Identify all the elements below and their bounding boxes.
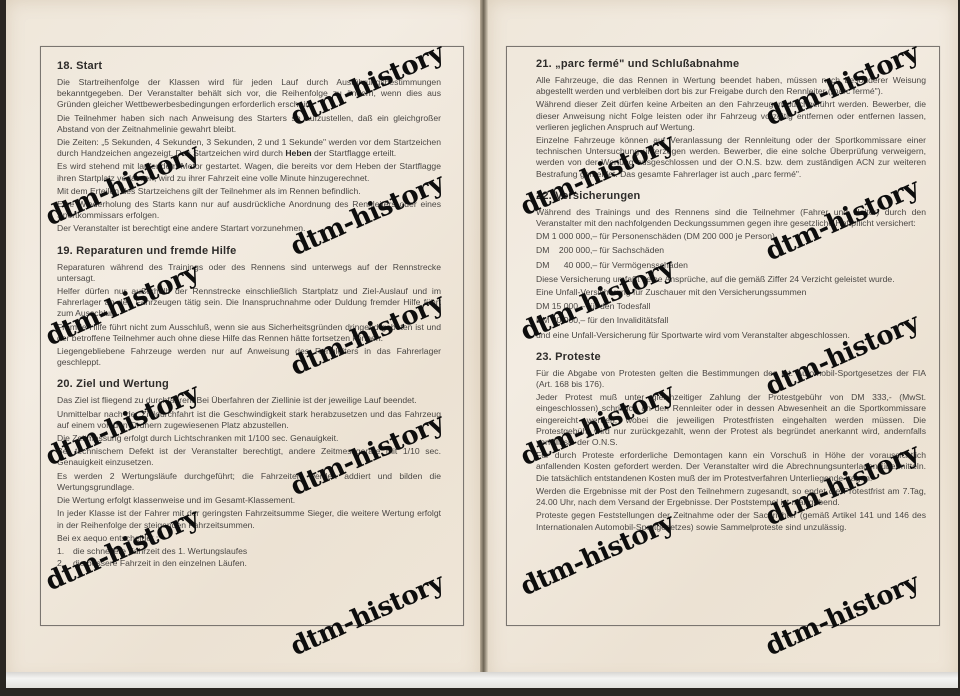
paragraph: und eine Unfall-Versicherung für Sportwa…: [536, 330, 926, 341]
section-heading: 20. Ziel und Wertung: [57, 378, 441, 391]
paragraph: Bei technischem Defekt ist der Veranstal…: [57, 446, 441, 468]
list-number: 2.: [57, 558, 73, 569]
paragraph: Werden die Ergebnisse mit der Post den T…: [536, 486, 926, 508]
paragraph: Helfer dürfen nur außerhalb der Rennstre…: [57, 286, 441, 320]
paragraph: Diese Versicherung umfaßt keine Ansprüch…: [536, 274, 926, 285]
section-19-repairs: 19. Reparaturen und fremde Hilfe Reparat…: [57, 245, 441, 369]
list-text: die bessere Fahrzeit in den einzelnen Lä…: [73, 558, 247, 568]
list-item: 1.die schnellere Fahrzeit des 1. Wertung…: [57, 546, 441, 557]
section-18-start: 18. Start Die Startreihenfolge der Klass…: [57, 60, 441, 235]
section-23-protests: 23. Proteste Für die Abgabe von Proteste…: [536, 351, 926, 533]
section-20-finish: 20. Ziel und Wertung Das Ziel ist fliege…: [57, 378, 441, 569]
paragraph: Für die Abgabe von Protesten gelten die …: [536, 368, 926, 390]
paragraph: Eine Wiederholung des Starts kann nur au…: [57, 199, 441, 221]
bold-word: Heben: [285, 148, 311, 158]
paragraph: Bei ex aequo entscheidet :: [57, 533, 441, 544]
paragraph: Einzelne Fahrzeuge können auf Veranlassu…: [536, 135, 926, 180]
tiebreak-list: 1.die schnellere Fahrzeit des 1. Wertung…: [57, 546, 441, 569]
page-bottom-edge: [6, 672, 958, 688]
right-page-content: 21. „parc fermé" und Schlußabnahme Alle …: [536, 58, 926, 543]
paragraph: Proteste gegen Feststellungen der Zeitna…: [536, 510, 926, 532]
paragraph: Es werden 2 Wertungsläufe durchgeführt; …: [57, 471, 441, 493]
paragraph-suffix: der Startflagge erteilt.: [312, 148, 397, 158]
book-spine: [480, 0, 488, 682]
list-number: 1.: [57, 546, 73, 557]
paragraph: Unmittelbar nach der Zieldurchfahrt ist …: [57, 409, 441, 431]
paragraph: Die Wertung erfolgt klassenweise und im …: [57, 495, 441, 506]
section-21-parc-ferme: 21. „parc fermé" und Schlußabnahme Alle …: [536, 58, 926, 180]
paragraph: Das Ziel ist fliegend zu durchfahren. Be…: [57, 395, 441, 406]
paragraph: Während des Trainings und des Rennens si…: [536, 207, 926, 229]
paragraph: In jeder Klasse ist der Fahrer mit der g…: [57, 508, 441, 530]
section-heading: 19. Reparaturen und fremde Hilfe: [57, 245, 441, 258]
insurance-amount: DM 15 000,– für den Todesfall: [536, 301, 926, 312]
paragraph: Mit dem Erteilen des Startzeichens gilt …: [57, 186, 441, 197]
paragraph: Die Zeiten: „5 Sekunden, 4 Sekunden, 3 S…: [57, 137, 441, 159]
paragraph: Fremde Hilfe führt nicht zum Ausschluß, …: [57, 322, 441, 344]
paragraph: Alle Fahrzeuge, die das Rennen in Wertun…: [536, 75, 926, 97]
paragraph: Jeder Protest muß unter gleichzeitiger Z…: [536, 392, 926, 448]
insurance-amount: DM 40 000,– für Vermögensschäden: [536, 260, 926, 271]
insurance-amount: DM 200 000,– für Sachschäden: [536, 245, 926, 256]
paragraph: Während dieser Zeit dürfen keine Arbeite…: [536, 99, 926, 133]
paragraph: Reparaturen während des Trainings oder d…: [57, 262, 441, 284]
section-heading: 22. Versicherungen: [536, 190, 926, 203]
paragraph: Es wird stehend mit laufendem Motor gest…: [57, 161, 441, 183]
insurance-amount: DM 1 000 000,– für Personenschäden (DM 2…: [536, 231, 926, 242]
section-heading: 23. Proteste: [536, 351, 926, 364]
section-heading: 18. Start: [57, 60, 441, 73]
section-heading: 21. „parc fermé" und Schlußabnahme: [536, 58, 926, 71]
insurance-amount: DM 30 000,– für den Invaliditätsfall: [536, 315, 926, 326]
paragraph: Für durch Proteste erforderliche Demonta…: [536, 450, 926, 484]
section-22-insurance: 22. Versicherungen Während des Trainings…: [536, 190, 926, 341]
paragraph: Die Startreihenfolge der Klassen wird fü…: [57, 77, 441, 111]
left-page-content: 18. Start Die Startreihenfolge der Klass…: [57, 60, 441, 579]
list-text: die schnellere Fahrzeit des 1. Wertungsl…: [73, 546, 247, 556]
paragraph: Der Veranstalter ist berechtigt eine and…: [57, 223, 441, 234]
paragraph: Die Zeitmessung erfolgt durch Lichtschra…: [57, 433, 441, 444]
paragraph: Eine Unfall-Versicherung für Zuschauer m…: [536, 287, 926, 298]
list-item: 2.die bessere Fahrzeit in den einzelnen …: [57, 558, 441, 569]
paragraph: Liegengebliebene Fahrzeuge werden nur au…: [57, 346, 441, 368]
paragraph: Die Teilnehmer haben sich nach Anweisung…: [57, 113, 441, 135]
